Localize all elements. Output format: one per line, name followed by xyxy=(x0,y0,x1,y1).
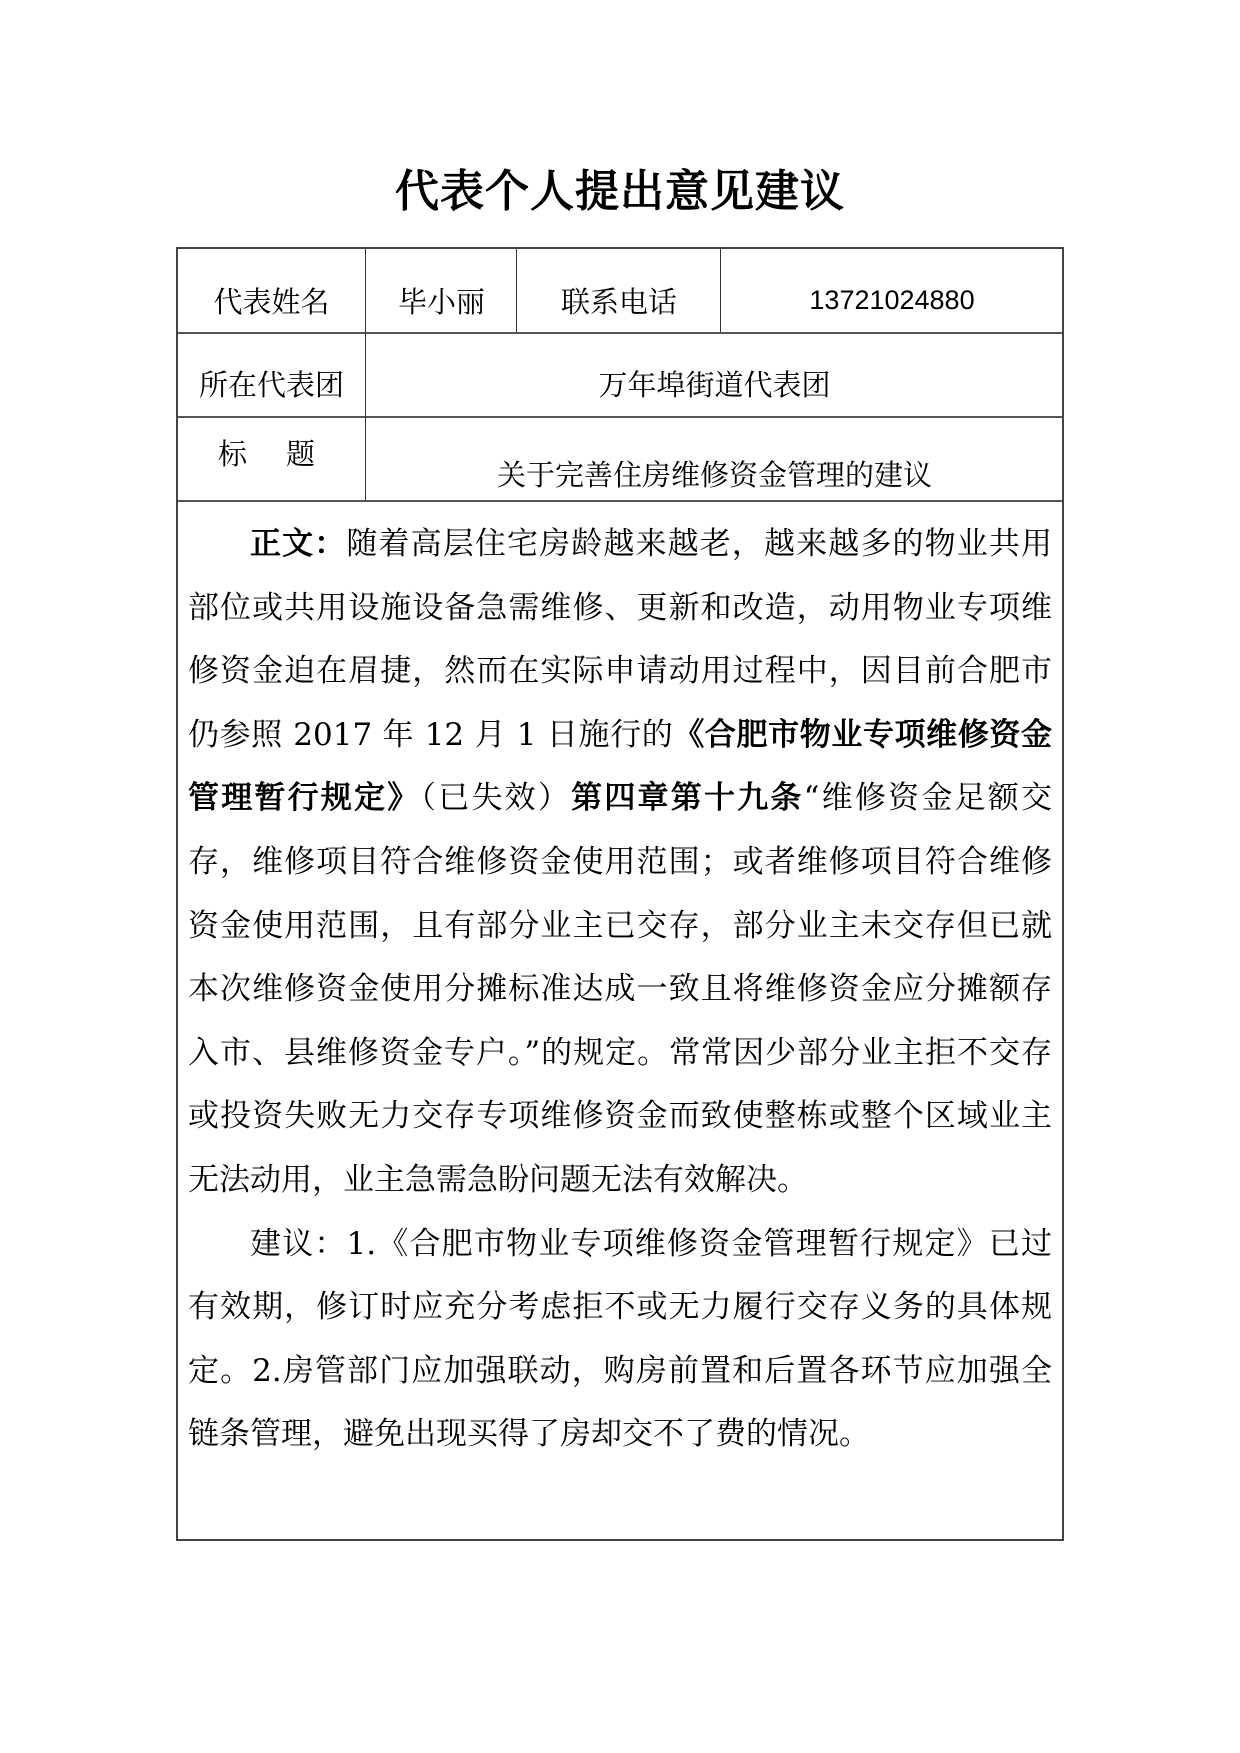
rep-name-label: 代表姓名 xyxy=(178,249,365,332)
subject-label-char-1: 标 xyxy=(218,432,247,473)
col-divider-phone-label xyxy=(720,249,721,332)
col-divider-name xyxy=(516,249,517,332)
document-title: 代表个人提出意见建议 xyxy=(0,162,1240,222)
row-divider-3 xyxy=(178,500,1062,502)
delegation-value-text: 万年埠街道代表团 xyxy=(598,363,830,404)
rep-name-label-text: 代表姓名 xyxy=(213,280,329,321)
delegation-label-text: 所在代表团 xyxy=(199,363,344,404)
col-divider-label xyxy=(365,249,366,500)
suggestion-body: 正文：随着高层住宅房龄越来越老，越来越多的物业共用部位或共用设施设备急需维修、更… xyxy=(188,513,1052,1467)
body-paragraph-suggestion: 建议：1.《合肥市物业专项维修资金管理暂行规定》已过有效期，修订时应充分考虑拒不… xyxy=(188,1213,1052,1467)
phone-label: 联系电话 xyxy=(518,249,720,332)
suggestion-text: 建议：1.《合肥市物业专项维修资金管理暂行规定》已过有效期，修订时应充分考虑拒不… xyxy=(188,1226,1052,1453)
phone-label-text: 联系电话 xyxy=(561,280,677,321)
rep-name-value: 毕小丽 xyxy=(367,249,516,332)
delegation-label: 所在代表团 xyxy=(178,334,365,416)
suggestion-form-table: 代表姓名 毕小丽 联系电话 13721024880 所在代表团 万年埠街道代表团… xyxy=(176,247,1064,1541)
regulation-article: 第四章第十九条 xyxy=(571,780,804,816)
subject-value: 关于完善住房维修资金管理的建议 xyxy=(367,418,1062,500)
subject-value-text: 关于完善住房维修资金管理的建议 xyxy=(497,453,932,494)
delegation-value: 万年埠街道代表团 xyxy=(367,334,1062,416)
body-lead-label: 正文： xyxy=(250,526,346,562)
phone-value-text: 13721024880 xyxy=(809,285,974,316)
phone-value: 13721024880 xyxy=(722,249,1062,332)
rep-name-value-text: 毕小丽 xyxy=(398,280,485,321)
subject-label: 标 题 xyxy=(178,418,365,500)
subject-label-char-2: 题 xyxy=(286,432,315,473)
body-text-e: “维修资金足额交存，维修项目符合维修资金使用范围；或者维修项目符合维修资金使用范… xyxy=(188,780,1052,1198)
body-text-c: （已失效） xyxy=(421,780,572,816)
body-paragraph-main: 正文：随着高层住宅房龄越来越老，越来越多的物业共用部位或共用设施设备急需维修、更… xyxy=(188,513,1052,1213)
